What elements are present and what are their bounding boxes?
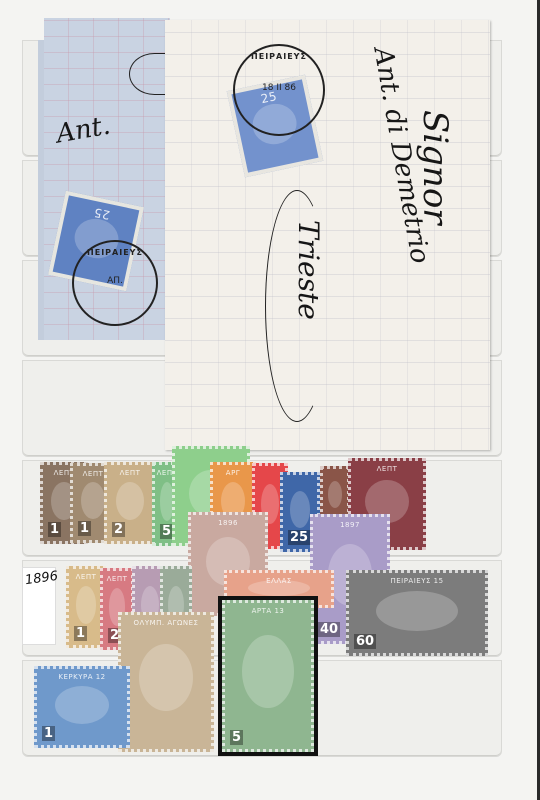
cover-letter: 25 ΠΕΙΡΑΙΕΥΣ 18 ΙΙ 86 Signor Ant. di Dem…	[165, 20, 490, 450]
stamp: ΑΡΤΑ 135	[222, 600, 314, 752]
year-label-card: 1896	[22, 567, 56, 645]
stamp: ΠΕΙΡΑΙΕΥΣ 1560	[346, 570, 488, 656]
stamp: ΟΛΥΜΠ. ΑΓΩΝΕΣ	[118, 612, 214, 752]
year-label: 1896	[24, 569, 59, 588]
cover-fragment: Ant. 25 ΠΕΙΡΑΙΕΥΣ ΑΠ.	[44, 18, 170, 340]
address-flourish	[265, 190, 329, 422]
album-page: Ant. 25 ΠΕΙΡΑΙΕΥΣ ΑΠ. 25 ΠΕΙΡΑΙΕΥΣ 18 ΙΙ…	[0, 0, 540, 800]
fragment-handwriting: Ant.	[54, 111, 113, 150]
letter-postmark: ΠΕΙΡΑΙΕΥΣ 18 ΙΙ 86	[233, 44, 325, 136]
stamp: ΚΕΡΚΥΡΑ 121	[34, 666, 130, 748]
stamp: ΛΕΠΤ2	[104, 462, 156, 544]
fragment-postmark: ΠΕΙΡΑΙΕΥΣ ΑΠ.	[72, 240, 158, 326]
